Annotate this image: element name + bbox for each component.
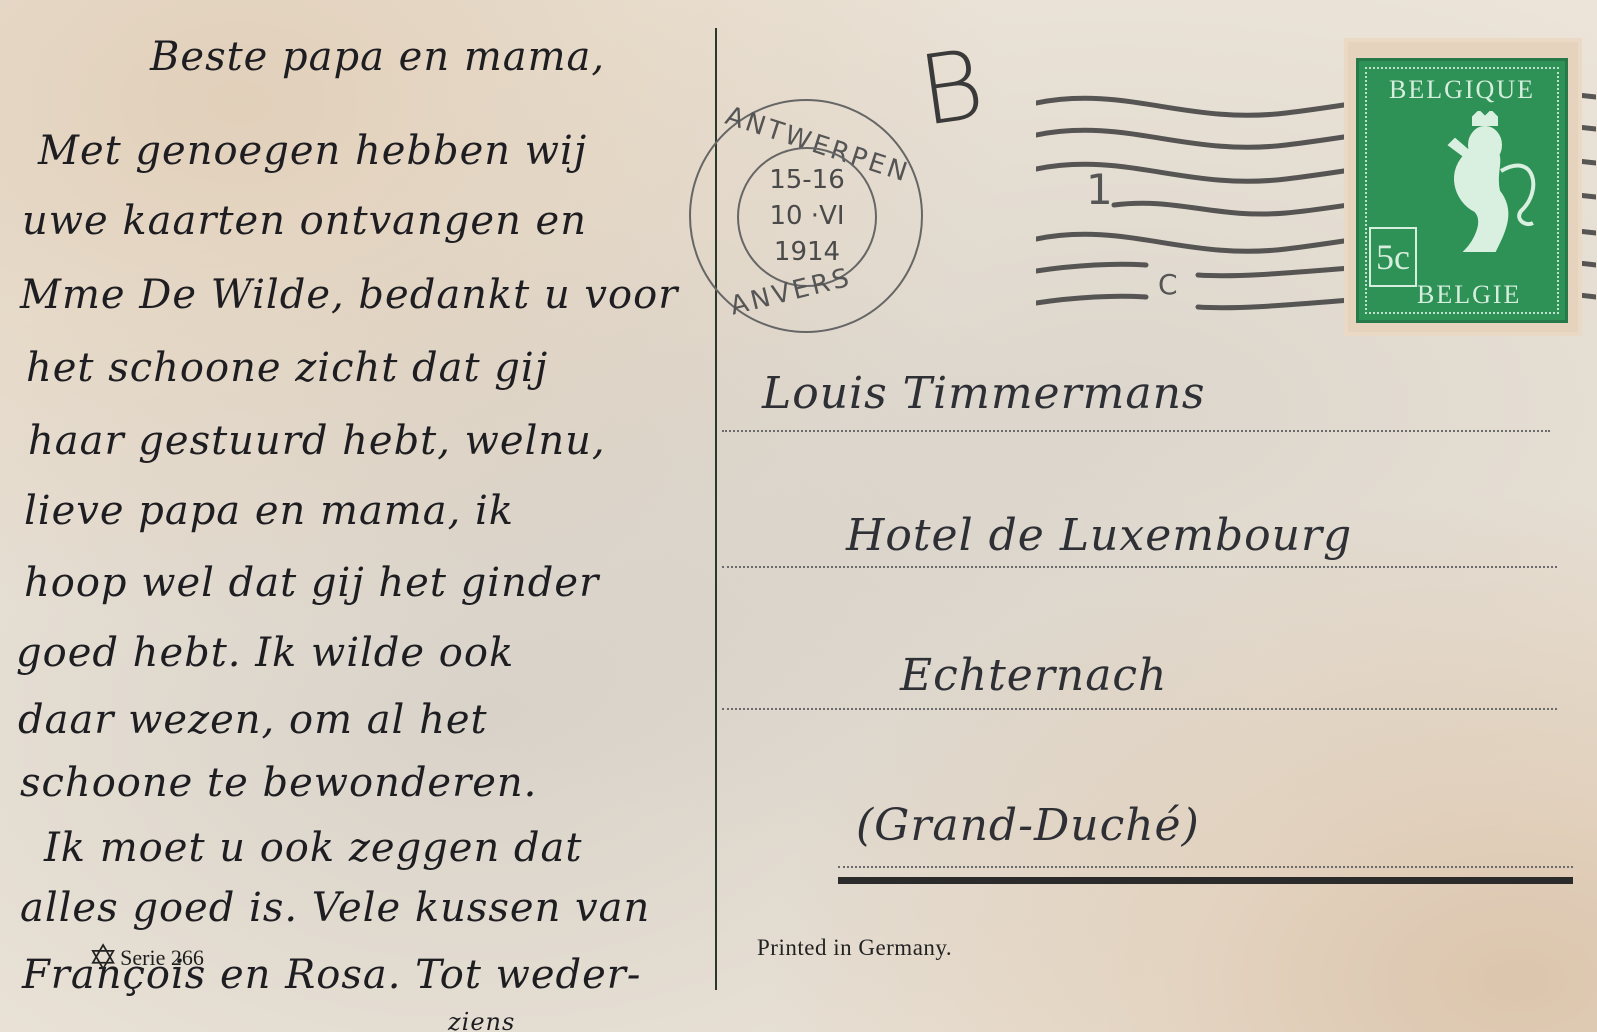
address-line-name: Louis Timmermans — [762, 368, 1206, 419]
address-dotted-rule — [722, 708, 1557, 710]
postage-stamp: BELGIQUE 5c BELGIE — [1356, 58, 1568, 323]
stamp-top-text: BELGIQUE — [1359, 75, 1565, 105]
message-line: schoone te bewonderen. — [20, 760, 537, 806]
postmark-inner-ring: 15-16 10 ·VI 1914 — [737, 147, 877, 287]
message-line: haar gestuurd hebt, welnu, — [28, 418, 606, 464]
message-line: lieve papa en mama, ik — [24, 488, 514, 534]
publisher-series-mark: ✡ Serie 266 — [88, 940, 204, 976]
handwritten-mark: B — [913, 28, 991, 148]
message-line: daar wezen, om al het — [18, 697, 488, 743]
heraldic-lion-icon — [1425, 111, 1545, 261]
cancellation-number: 1 — [1086, 165, 1113, 214]
series-label: Serie 266 — [120, 945, 204, 971]
postmark-year: 1914 — [739, 237, 875, 267]
address-line-country: (Grand-Duché) — [856, 800, 1200, 851]
message-line: Ik moet u ook zeggen dat — [44, 825, 582, 871]
address-underline-bar — [838, 877, 1573, 884]
address-dotted-rule — [722, 430, 1550, 432]
message-line: goed hebt. Ik wilde ook — [16, 630, 514, 676]
message-line-continuation: ziens — [448, 1008, 515, 1032]
address-dotted-rule — [838, 866, 1573, 868]
postcard-back: Beste papa en mama, Met genoegen hebben … — [0, 0, 1597, 1032]
address-line-city: Echternach — [900, 650, 1167, 701]
postmark-circle: ANTWERPEN 15-16 10 ·VI 1914 ANVERS — [689, 99, 923, 333]
message-line: alles goed is. Vele kussen van — [20, 885, 650, 931]
stamp-bottom-text: BELGIE — [1417, 280, 1521, 310]
message-line: het schoone zicht dat gij — [26, 345, 548, 391]
address-dotted-rule — [722, 566, 1557, 568]
hexagram-star-icon: ✡ — [88, 940, 118, 976]
message-line: hoop wel dat gij het ginder — [24, 560, 599, 606]
message-line: Met genoegen hebben wij — [38, 128, 587, 174]
address-line-hotel: Hotel de Luxembourg — [846, 510, 1352, 561]
message-line: uwe kaarten ontvangen en — [22, 198, 587, 244]
message-line: Mme De Wilde, bedankt u voor — [20, 272, 678, 318]
postmark-time: 15-16 — [739, 165, 875, 195]
postmark-date: 10 ·VI — [739, 201, 875, 231]
printed-in-imprint: Printed in Germany. — [757, 935, 952, 961]
message-salutation: Beste papa en mama, — [150, 34, 605, 80]
cancellation-letter: C — [1158, 268, 1178, 301]
stamp-value: 5c — [1369, 227, 1417, 287]
